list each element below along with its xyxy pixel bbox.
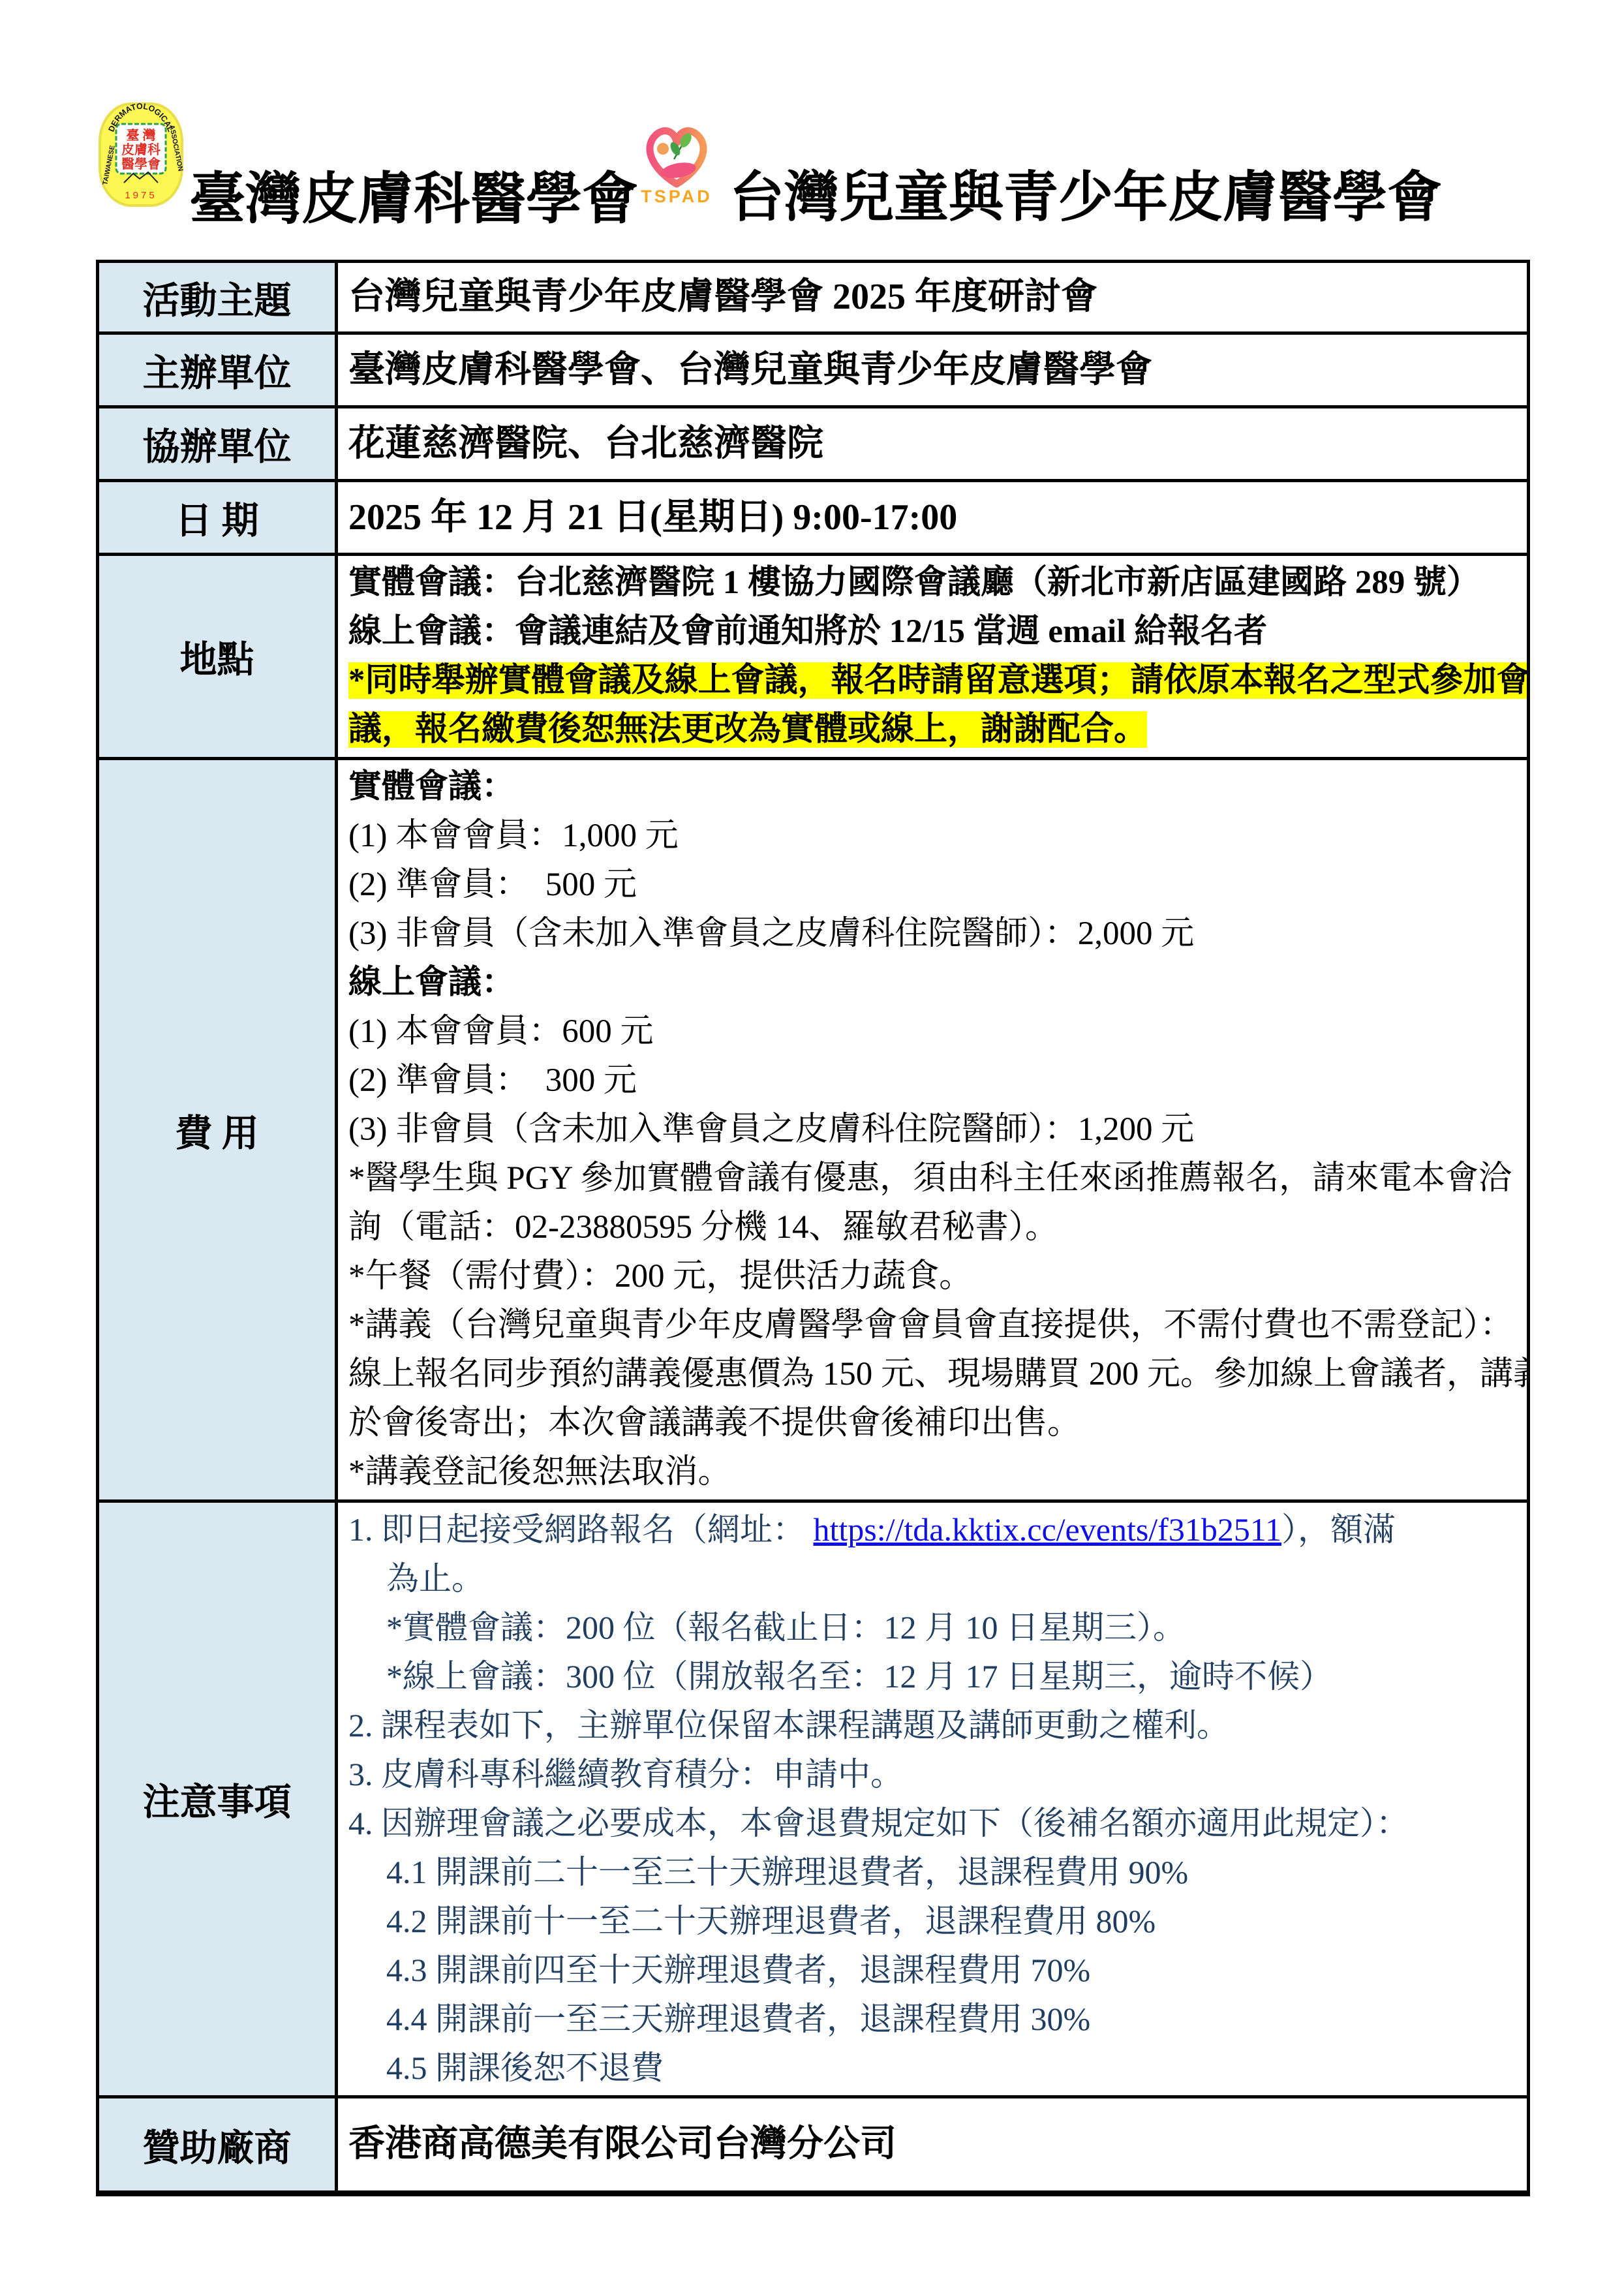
table-row-sponsor: 贊助廠商香港商高德美有限公司台灣分公司	[98, 2097, 1529, 2194]
title-tda-society: 臺灣皮膚科醫學會	[189, 168, 638, 230]
text-line: (3) 非會員（含未加入準會員之皮膚科住院醫師）：2,000 元	[348, 910, 1522, 959]
registration-link[interactable]: https://tda.kktix.cc/events/f31b2511	[814, 1511, 1281, 1548]
highlighted-text: *同時舉辦實體會議及線上會議，報名時請留意選項；請依原本報名之型式參加會	[348, 662, 1529, 699]
text-span: 3. 皮膚科專科繼續教育積分：申請中。	[348, 1756, 903, 1792]
text-span: (3) 非會員（含未加入準會員之皮膚科住院醫師）：2,000 元	[348, 915, 1194, 952]
text-line: *同時舉辦實體會議及線上會議，報名時請留意選項；請依原本報名之型式參加會	[348, 656, 1522, 705]
row-label-sponsor: 贊助廠商	[98, 2097, 337, 2194]
text-line: 台灣兒童與青少年皮膚醫學會 2025 年度研討會	[348, 273, 1522, 322]
tspad-logo: TSPAD	[634, 121, 719, 207]
table-row-fees: 費 用實體會議：(1) 本會會員：1,000 元(2) 準會員： 500 元(3…	[98, 759, 1529, 1501]
text-line: 4.3 開課前四至十天辦理退費者，退課程費用 70%	[348, 1946, 1522, 1995]
text-line: 線上會議：會議連結及會前通知將於 12/15 當週 email 給報名者	[348, 607, 1522, 656]
text-line: (1) 本會會員：1,000 元	[348, 812, 1522, 861]
text-span: 詢（電話：02-23880595 分機 14、羅敏君秘書）。	[348, 1209, 1058, 1246]
row-value-organizer: 臺灣皮膚科醫學會、台灣兒童與青少年皮膚醫學會	[337, 333, 1529, 407]
text-line: 議，報名繳費後恕無法更改為實體或線上，謝謝配合。	[348, 705, 1522, 754]
text-span: 實體會議：台北慈濟醫院 1 樓協力國際會議廳（新北市新店區建國路 289 號）	[348, 564, 1480, 601]
text-span: *講義登記後恕無法取消。	[348, 1454, 731, 1490]
text-span: *講義（台灣兒童與青少年皮膚醫學會會員會直接提供，不需付費也不需登記）：	[348, 1307, 1513, 1344]
table-row-organizer: 主辦單位臺灣皮膚科醫學會、台灣兒童與青少年皮膚醫學會	[98, 333, 1529, 407]
row-label-theme: 活動主題	[98, 262, 337, 333]
row-value-theme: 台灣兒童與青少年皮膚醫學會 2025 年度研討會	[337, 262, 1529, 333]
text-span: *實體會議：200 位（報名截止日：12 月 10 日星期三）。	[386, 1609, 1186, 1646]
row-value-co-organizer: 花蓮慈濟醫院、台北慈濟醫院	[337, 407, 1529, 481]
text-line: 3. 皮膚科專科繼續教育積分：申請中。	[348, 1750, 1522, 1799]
text-span: *午餐（需付費）：200 元，提供活力蔬食。	[348, 1258, 972, 1295]
text-line: 線上會議：	[348, 959, 1522, 1007]
row-value-location: 實體會議：台北慈濟醫院 1 樓協力國際會議廳（新北市新店區建國路 289 號）線…	[337, 555, 1529, 759]
figure-head	[657, 143, 669, 155]
text-span: 台灣兒童與青少年皮膚醫學會 2025 年度研討會	[348, 277, 1097, 317]
text-span: ），額滿	[1281, 1511, 1396, 1548]
text-span: 線上報名同步預約講義優惠價為 150 元、現場購買 200 元。參加線上會議者，…	[348, 1356, 1529, 1392]
row-label-date: 日 期	[98, 481, 337, 555]
text-span: 為止。	[386, 1560, 484, 1597]
text-line: 1. 即日起接受網路報名（網址： https://tda.kktix.cc/ev…	[348, 1505, 1522, 1554]
text-span: 實體會議：	[348, 769, 515, 805]
badge-year: 1975	[125, 190, 157, 201]
text-line: 4.4 開課前一至三天辦理退費者，退課程費用 30%	[348, 1995, 1522, 2044]
text-span: (1) 本會會員：600 元	[348, 1013, 653, 1050]
text-line: 2. 課程表如下，主辦單位保留本課程講題及講師更動之權利。	[348, 1701, 1522, 1750]
text-line: *午餐（需付費）：200 元，提供活力蔬食。	[348, 1252, 1522, 1301]
title-tspad-society: 台灣兒童與青少年皮膚醫學會	[729, 168, 1442, 228]
badge-cjk-line2: 皮膚科	[121, 142, 161, 157]
row-value-notes: 1. 即日起接受網路報名（網址： https://tda.kktix.cc/ev…	[337, 1501, 1529, 2097]
text-span: (1) 本會會員：1,000 元	[348, 818, 679, 854]
badge-cjk-line3: 醫學會	[121, 156, 161, 172]
text-line: 臺灣皮膚科醫學會、台灣兒童與青少年皮膚醫學會	[348, 346, 1522, 395]
row-label-organizer: 主辦單位	[98, 333, 337, 407]
text-line: 詢（電話：02-23880595 分機 14、羅敏君秘書）。	[348, 1203, 1522, 1252]
text-line: (2) 準會員： 300 元	[348, 1056, 1522, 1105]
text-line: 4.1 開課前二十一至三十天辦理退費者，退課程費用 90%	[348, 1848, 1522, 1897]
text-line: 實體會議：台北慈濟醫院 1 樓協力國際會議廳（新北市新店區建國路 289 號）	[348, 559, 1522, 607]
text-span: 2025 年 12 月 21 日(星期日) 9:00-17:00	[348, 497, 957, 538]
tspad-heart-icon	[637, 121, 716, 188]
tda-association-logo-icon: DERMATOLOGICAL TAIWANESE ASSOCIATION 臺 灣…	[98, 102, 184, 207]
text-line: *醫學生與 PGY 參加實體會議有優惠，須由科主任來函推薦報名，請來電本會洽	[348, 1154, 1522, 1203]
row-label-notes: 注意事項	[98, 1501, 337, 2097]
event-info-table: 活動主題台灣兒童與青少年皮膚醫學會 2025 年度研討會主辦單位臺灣皮膚科醫學會…	[96, 260, 1530, 2196]
text-line: 實體會議：	[348, 763, 1522, 812]
text-span: 4.1 開課前二十一至三十天辦理退費者，退課程費用 90%	[386, 1854, 1188, 1890]
text-span: 2. 課程表如下，主辦單位保留本課程講題及講師更動之權利。	[348, 1707, 1229, 1744]
text-span: *線上會議：300 位（開放報名至：12 月 17 日星期三，逾時不候）	[386, 1658, 1332, 1695]
text-line: 4.5 開課後恕不退費	[348, 2044, 1522, 2093]
table-row-co-organizer: 協辦單位花蓮慈濟醫院、台北慈濟醫院	[98, 407, 1529, 481]
text-line: 為止。	[348, 1554, 1522, 1603]
text-span: 4. 因辦理會議之必要成本，本會退費規定如下（後補名額亦適用此規定）：	[348, 1805, 1409, 1841]
text-span: (2) 準會員： 300 元	[348, 1062, 637, 1099]
text-line: 花蓮慈濟醫院、台北慈濟醫院	[348, 420, 1522, 469]
table-row-date: 日 期2025 年 12 月 21 日(星期日) 9:00-17:00	[98, 481, 1529, 555]
row-label-co-organizer: 協辦單位	[98, 407, 337, 481]
highlighted-text: 議，報名繳費後恕無法更改為實體或線上，謝謝配合。	[348, 711, 1147, 748]
text-line: *講義登記後恕無法取消。	[348, 1448, 1522, 1497]
text-span: 4.3 開課前四至十天辦理退費者，退課程費用 70%	[386, 1952, 1090, 1988]
text-line: *實體會議：200 位（報名截止日：12 月 10 日星期三）。	[348, 1603, 1522, 1652]
page-header: DERMATOLOGICAL TAIWANESE ASSOCIATION 臺 灣…	[0, 0, 1624, 261]
text-line: *線上會議：300 位（開放報名至：12 月 17 日星期三，逾時不候）	[348, 1652, 1522, 1701]
text-span: 4.4 開課前一至三天辦理退費者，退課程費用 30%	[386, 2001, 1090, 2037]
text-line: (1) 本會會員：600 元	[348, 1007, 1522, 1056]
text-line: (3) 非會員（含未加入準會員之皮膚科住院醫師）：1,200 元	[348, 1105, 1522, 1154]
text-line: 2025 年 12 月 21 日(星期日) 9:00-17:00	[348, 493, 1522, 542]
tspad-wordmark: TSPAD	[634, 187, 719, 207]
text-line: 香港商高德美有限公司台灣分公司	[348, 2120, 1522, 2169]
table-row-theme: 活動主題台灣兒童與青少年皮膚醫學會 2025 年度研討會	[98, 262, 1529, 333]
table-row-notes: 注意事項1. 即日起接受網路報名（網址： https://tda.kktix.c…	[98, 1501, 1529, 2097]
text-span: 於會後寄出；本次會議講義不提供會後補印出售。	[348, 1405, 1080, 1441]
text-span: (3) 非會員（含未加入準會員之皮膚科住院醫師）：1,200 元	[348, 1111, 1194, 1148]
text-span: (2) 準會員： 500 元	[348, 867, 637, 903]
text-span: 1. 即日起接受網路報名（網址：	[348, 1511, 814, 1548]
row-value-date: 2025 年 12 月 21 日(星期日) 9:00-17:00	[337, 481, 1529, 555]
text-span: 花蓮慈濟醫院、台北慈濟醫院	[348, 423, 823, 464]
row-label-location: 地點	[98, 555, 337, 759]
row-value-sponsor: 香港商高德美有限公司台灣分公司	[337, 2097, 1529, 2194]
text-line: 於會後寄出；本次會議講義不提供會後補印出售。	[348, 1399, 1522, 1448]
text-span: *醫學生與 PGY 參加實體會議有優惠，須由科主任來函推薦報名，請來電本會洽	[348, 1160, 1512, 1197]
text-line: 4. 因辦理會議之必要成本，本會退費規定如下（後補名額亦適用此規定）：	[348, 1799, 1522, 1848]
text-line: *講義（台灣兒童與青少年皮膚醫學會會員會直接提供，不需付費也不需登記）：	[348, 1301, 1522, 1350]
document-page: DERMATOLOGICAL TAIWANESE ASSOCIATION 臺 灣…	[0, 0, 1624, 2289]
text-span: 香港商高德美有限公司台灣分公司	[348, 2124, 896, 2164]
text-span: 線上會議：會議連結及會前通知將於 12/15 當週 email 給報名者	[348, 613, 1267, 650]
row-label-fees: 費 用	[98, 759, 337, 1501]
table-row-location: 地點實體會議：台北慈濟醫院 1 樓協力國際會議廳（新北市新店區建國路 289 號…	[98, 555, 1529, 759]
text-line: 4.2 開課前十一至二十天辦理退費者，退課程費用 80%	[348, 1897, 1522, 1946]
text-line: 線上報名同步預約講義優惠價為 150 元、現場購買 200 元。參加線上會議者，…	[348, 1350, 1522, 1399]
text-span: 4.2 開課前十一至二十天辦理退費者，退課程費用 80%	[386, 1903, 1156, 1939]
badge-cjk-line1: 臺 灣	[127, 127, 156, 143]
text-span: 線上會議：	[348, 964, 515, 1001]
text-span: 4.5 開課後恕不退費	[386, 2050, 664, 2086]
text-line: (2) 準會員： 500 元	[348, 861, 1522, 910]
text-span: 臺灣皮膚科醫學會、台灣兒童與青少年皮膚醫學會	[348, 350, 1152, 390]
row-value-fees: 實體會議：(1) 本會會員：1,000 元(2) 準會員： 500 元(3) 非…	[337, 759, 1529, 1501]
